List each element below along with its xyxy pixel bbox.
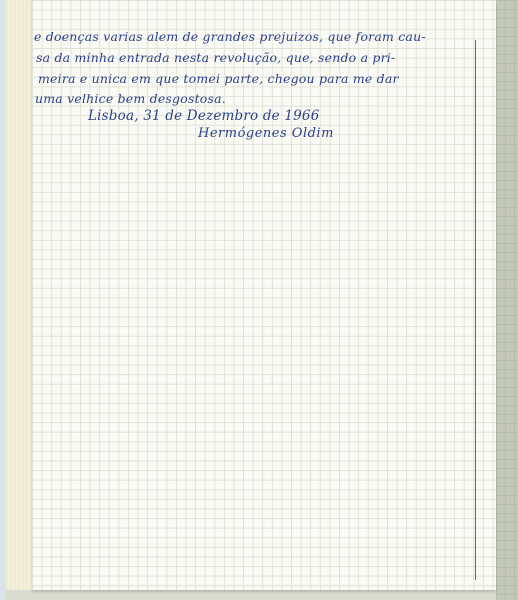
signature: Hermógenes Oldim (198, 126, 334, 141)
background-edge (0, 0, 6, 600)
letter-line-1: e doenças varias alem de grandes prejuiz… (34, 29, 426, 44)
place-and-date: Lisboa, 31 de Dezembro de 1966 (88, 108, 320, 124)
letter-line-4: uma velhice bem desgostosa. (35, 91, 226, 106)
graph-paper-page: e doenças varias alem de grandes prejuiz… (32, 0, 496, 590)
letter-line-2: sa da minha entrada nesta revolução, que… (36, 50, 395, 65)
letter-line-3: meira e unica em que tomei parte, chegou… (38, 71, 399, 86)
right-margin-line (475, 40, 476, 580)
backdrop-surface (496, 0, 518, 600)
